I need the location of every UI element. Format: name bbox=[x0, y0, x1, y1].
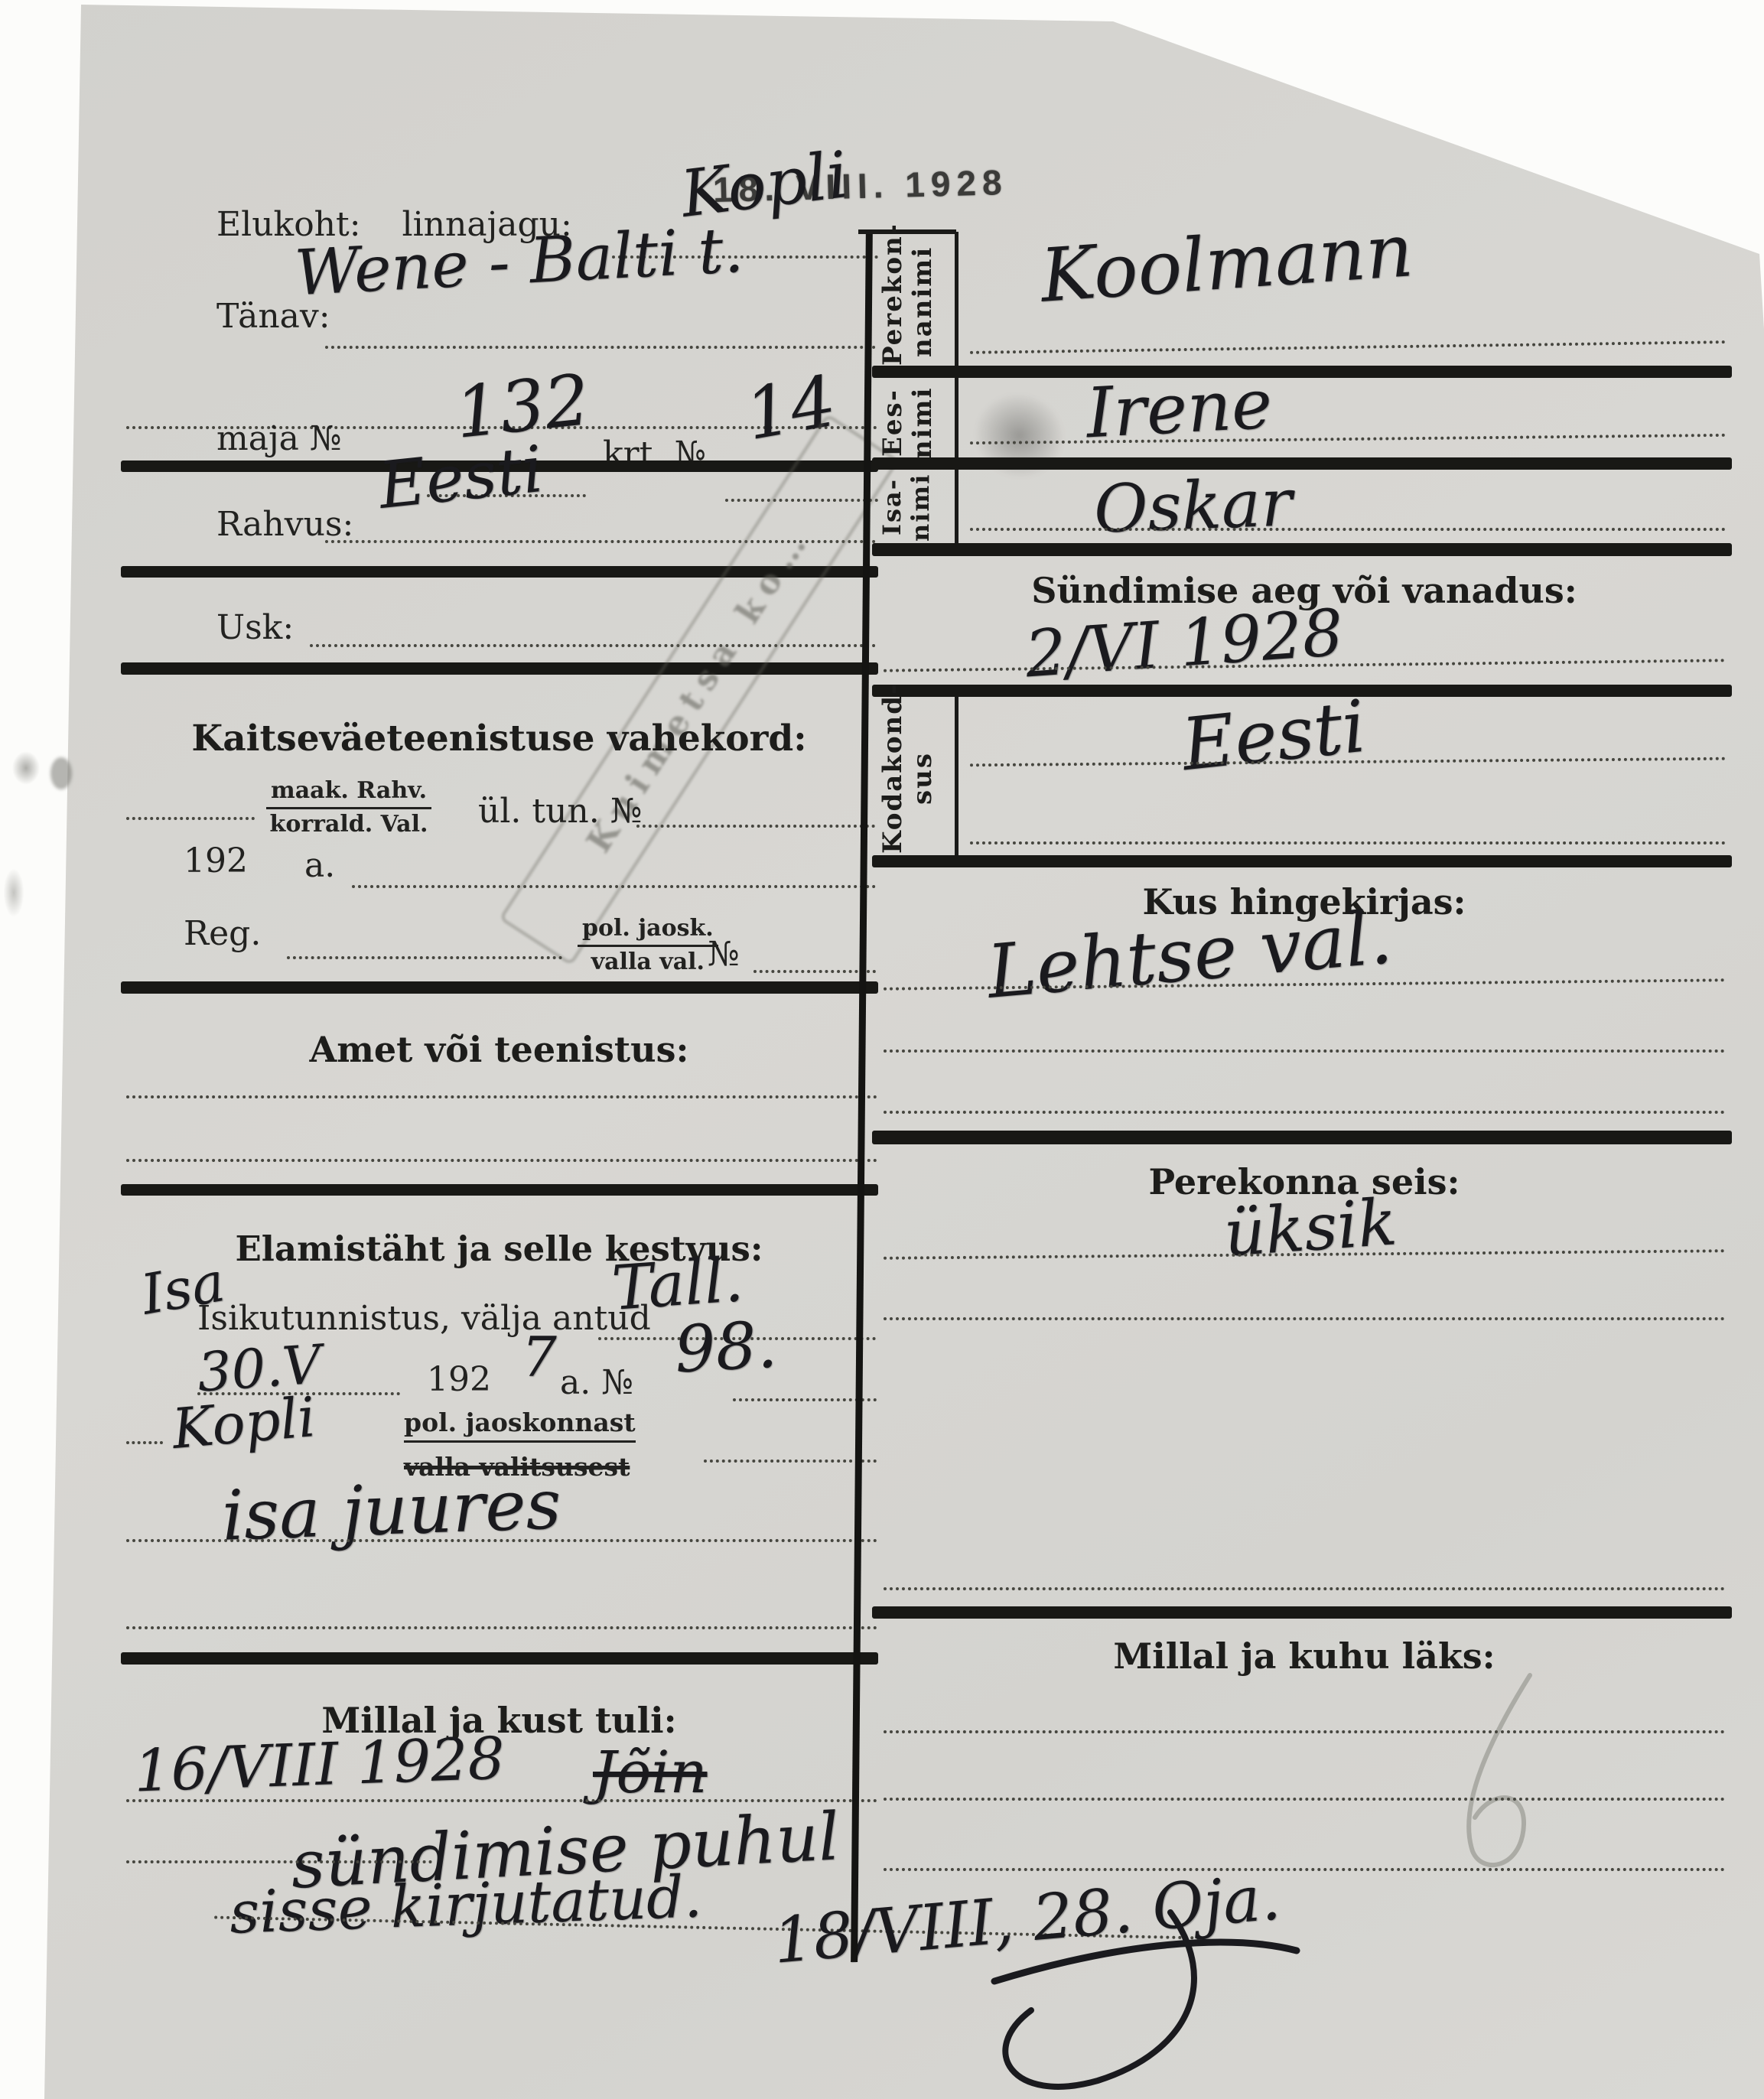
dotted-line bbox=[325, 346, 876, 349]
scanned-registration-card: 18. VIII. 1928 Kopli Elukoht: linnajagu:… bbox=[0, 0, 1764, 2099]
eesnimi-label-line2: nimi bbox=[908, 381, 938, 465]
dotted-line bbox=[126, 817, 255, 820]
kodakondsus-label-line1: Kodakond- bbox=[878, 702, 908, 854]
isanimi-label: Isa- nimi bbox=[878, 471, 952, 543]
dotted-line bbox=[884, 1587, 1725, 1590]
dotted-line bbox=[970, 528, 1726, 531]
dotted-line bbox=[126, 1159, 877, 1162]
label-box-separator bbox=[955, 697, 958, 856]
signature-flourish bbox=[803, 1889, 1683, 2099]
isikutunnistus-a-no-label: a. № bbox=[560, 1363, 633, 1402]
horizontal-rule bbox=[121, 1184, 878, 1196]
dotted-line bbox=[753, 970, 876, 973]
dotted-line bbox=[636, 825, 875, 828]
isanimi-label-line1: Isa- bbox=[878, 471, 906, 543]
dotted-line bbox=[126, 1095, 877, 1098]
horizontal-rule bbox=[121, 1652, 878, 1665]
dotted-line bbox=[884, 1868, 1725, 1871]
isa-juures-handwritten: isa juures bbox=[220, 1464, 562, 1556]
year-prefix: 192 bbox=[184, 841, 248, 880]
tuli-date-handwritten: 16/VIII 1928 bbox=[133, 1724, 506, 1805]
pol-jaosk-bottom: valla val. bbox=[578, 947, 718, 976]
eesnimi-label-line1: Ees- bbox=[878, 381, 908, 465]
kodakondsus-label: Kodakond- sus bbox=[878, 702, 952, 854]
dotted-line bbox=[287, 956, 562, 959]
horizontal-rule bbox=[872, 543, 1732, 556]
isikutunnistus-number-handwritten: 98. bbox=[673, 1307, 779, 1388]
reg-label: Reg. bbox=[184, 914, 261, 953]
dotted-line bbox=[126, 1539, 877, 1542]
kodakondsus-label-line2: sus bbox=[908, 702, 938, 854]
jaoskond-place-handwritten: Kopli bbox=[170, 1385, 318, 1461]
isikutunnistus-year-printed: 192 bbox=[427, 1360, 491, 1399]
label-box-separator bbox=[955, 232, 958, 368]
label-box-separator bbox=[955, 470, 958, 545]
horizontal-rule bbox=[872, 457, 1732, 470]
isikutunnistus-label: Isikutunnistus, välja antud bbox=[197, 1299, 651, 1338]
scan-smudge bbox=[0, 861, 28, 925]
dotted-line bbox=[126, 1441, 163, 1444]
isikutunnistus-year-handwritten: 7 bbox=[522, 1325, 557, 1389]
elamistaht-heading: Elamistäht ja selle kestvus: bbox=[122, 1228, 876, 1269]
amet-heading: Amet või teenistus: bbox=[122, 1029, 876, 1070]
tuli-struck-word-handwritten: Jõin bbox=[593, 1738, 707, 1806]
horizontal-rule bbox=[872, 1606, 1732, 1619]
dotted-line bbox=[884, 1111, 1725, 1114]
dotted-line bbox=[352, 885, 876, 888]
horizontal-rule bbox=[121, 981, 878, 994]
eesnimi-label: Ees- nimi bbox=[878, 381, 952, 465]
maak-rahv-bottom: korrald. Val. bbox=[266, 809, 431, 838]
scan-smudge bbox=[8, 746, 44, 790]
dotted-line bbox=[970, 841, 1726, 844]
usk-label: Usk: bbox=[216, 608, 294, 647]
dotted-line bbox=[310, 644, 876, 647]
pol-jaosk-top: pol. jaosk. bbox=[578, 915, 718, 947]
dotted-line bbox=[884, 1049, 1725, 1053]
laks-heading: Millal ja kuhu läks: bbox=[880, 1635, 1729, 1677]
kaitse-heading: Kaitseväeteenistuse vahekord: bbox=[122, 718, 876, 760]
dotted-line bbox=[126, 1860, 432, 1863]
seis-value-handwritten: üksik bbox=[1222, 1184, 1399, 1271]
isanimi-label-line2: nimi bbox=[906, 471, 935, 543]
horizontal-rule bbox=[872, 855, 1732, 867]
reg-no-sign: № bbox=[708, 935, 740, 974]
pol-jaosk-fraction: pol. jaosk. valla val. bbox=[578, 915, 718, 976]
perekonnanimi-label-line1: Perekon- bbox=[878, 237, 908, 366]
maak-rahv-top: maak. Rahv. bbox=[266, 777, 431, 809]
year-a-label: a. bbox=[304, 846, 335, 885]
dotted-line bbox=[884, 1798, 1725, 1801]
dotted-line bbox=[884, 1730, 1725, 1733]
rahvus-label: Rahvus: bbox=[216, 505, 353, 544]
pencil-flourish bbox=[1415, 1668, 1583, 1882]
horizontal-rule bbox=[872, 1131, 1732, 1144]
maak-rahv-fraction: maak. Rahv. korrald. Val. bbox=[266, 777, 431, 838]
isanimi-value-handwritten: Oskar bbox=[1092, 465, 1293, 548]
perekonnanimi-label-line2: nanimi bbox=[908, 237, 938, 366]
scan-smudge bbox=[50, 757, 72, 789]
maja-label: maja № bbox=[216, 419, 341, 458]
dotted-line bbox=[704, 1460, 877, 1463]
dotted-line bbox=[884, 1317, 1725, 1320]
dotted-line bbox=[126, 1626, 877, 1629]
pol-jaoskonnast-label: pol. jaoskonnast bbox=[404, 1407, 636, 1443]
perekonnanimi-label: Perekon- nanimi bbox=[878, 237, 952, 366]
ul-tun-label: ül. tun. № bbox=[478, 792, 642, 831]
